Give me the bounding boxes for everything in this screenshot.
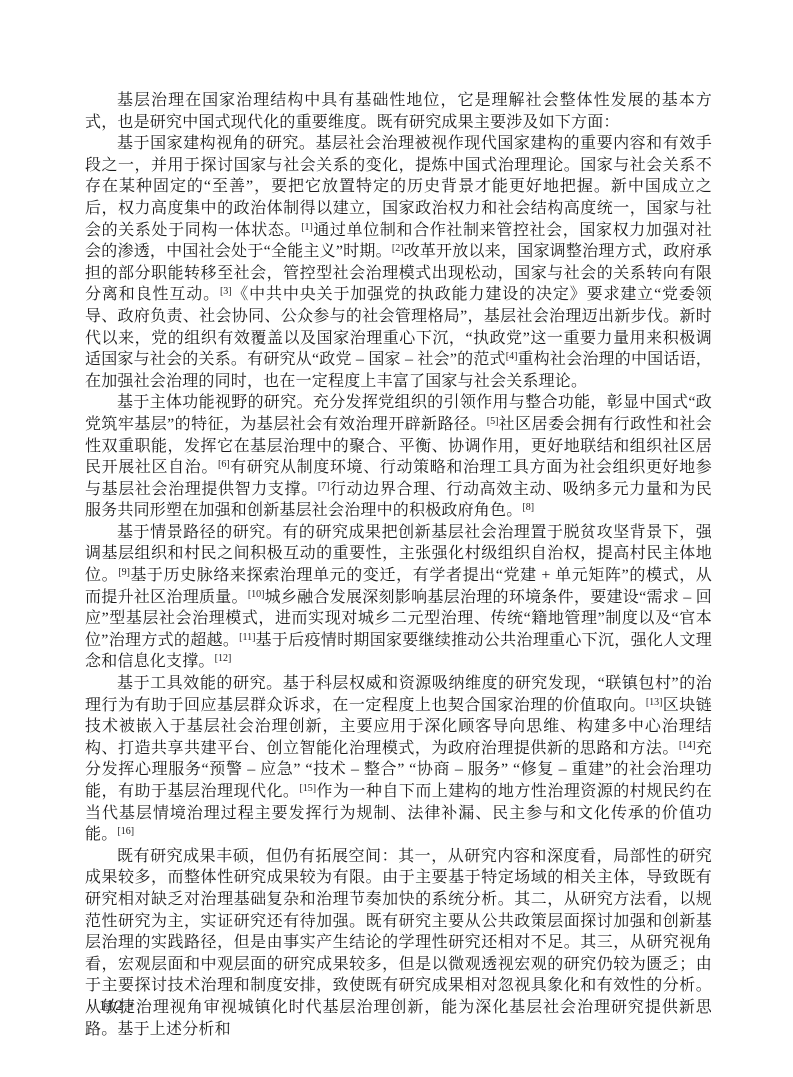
paragraph: 基层治理在国家治理结构中具有基础性地位，它是理解社会整体性发展的基本方式，也是研… <box>85 90 712 133</box>
citation-ref: [12] <box>215 653 232 664</box>
citation-ref: [16] <box>117 826 134 837</box>
citation-ref: [15] <box>299 783 316 794</box>
document-page: 基层治理在国家治理结构中具有基础性地位，它是理解社会整体性发展的基本方式，也是研… <box>0 0 793 1077</box>
paragraph: 基于工具效能的研究。基于科层权威和资源吸纳维度的研究发现，“联镇包村”的治理行为… <box>85 673 712 846</box>
citation-ref: [8] <box>522 502 534 513</box>
page-number: · 112 · <box>88 996 134 1016</box>
citation-ref: [2] <box>392 243 404 254</box>
citation-ref: [1] <box>301 222 313 233</box>
citation-ref: [6] <box>218 459 230 470</box>
paragraph: 基于主体功能视野的研究。充分发挥党组织的引领作用与整合功能，彰显中国式“政党筑牢… <box>85 392 712 522</box>
citation-ref: [5] <box>487 416 499 427</box>
article-body: 基层治理在国家治理结构中具有基础性地位，它是理解社会整体性发展的基本方式，也是研… <box>85 90 712 1040</box>
citation-ref: [9] <box>118 567 130 578</box>
citation-ref: [14] <box>679 740 696 751</box>
citation-ref: [4] <box>506 351 518 362</box>
citation-ref: [13] <box>646 697 663 708</box>
citation-ref: [11] <box>239 632 255 643</box>
citation-ref: [10] <box>248 589 265 600</box>
citation-ref: [3] <box>220 286 232 297</box>
paragraph: 基于情景路径的研究。有的研究成果把创新基层社会治理置于脱贫攻坚背景下，强调基层组… <box>85 522 712 673</box>
paragraph: 基于国家建构视角的研究。基层社会治理被视作现代国家建构的重要内容和有效手段之一，… <box>85 133 712 392</box>
citation-ref: [7] <box>318 481 330 492</box>
paragraph: 既有研究成果丰硕，但仍有拓展空间：其一，从研究内容和深度看，局部性的研究成果较多… <box>85 846 712 1040</box>
